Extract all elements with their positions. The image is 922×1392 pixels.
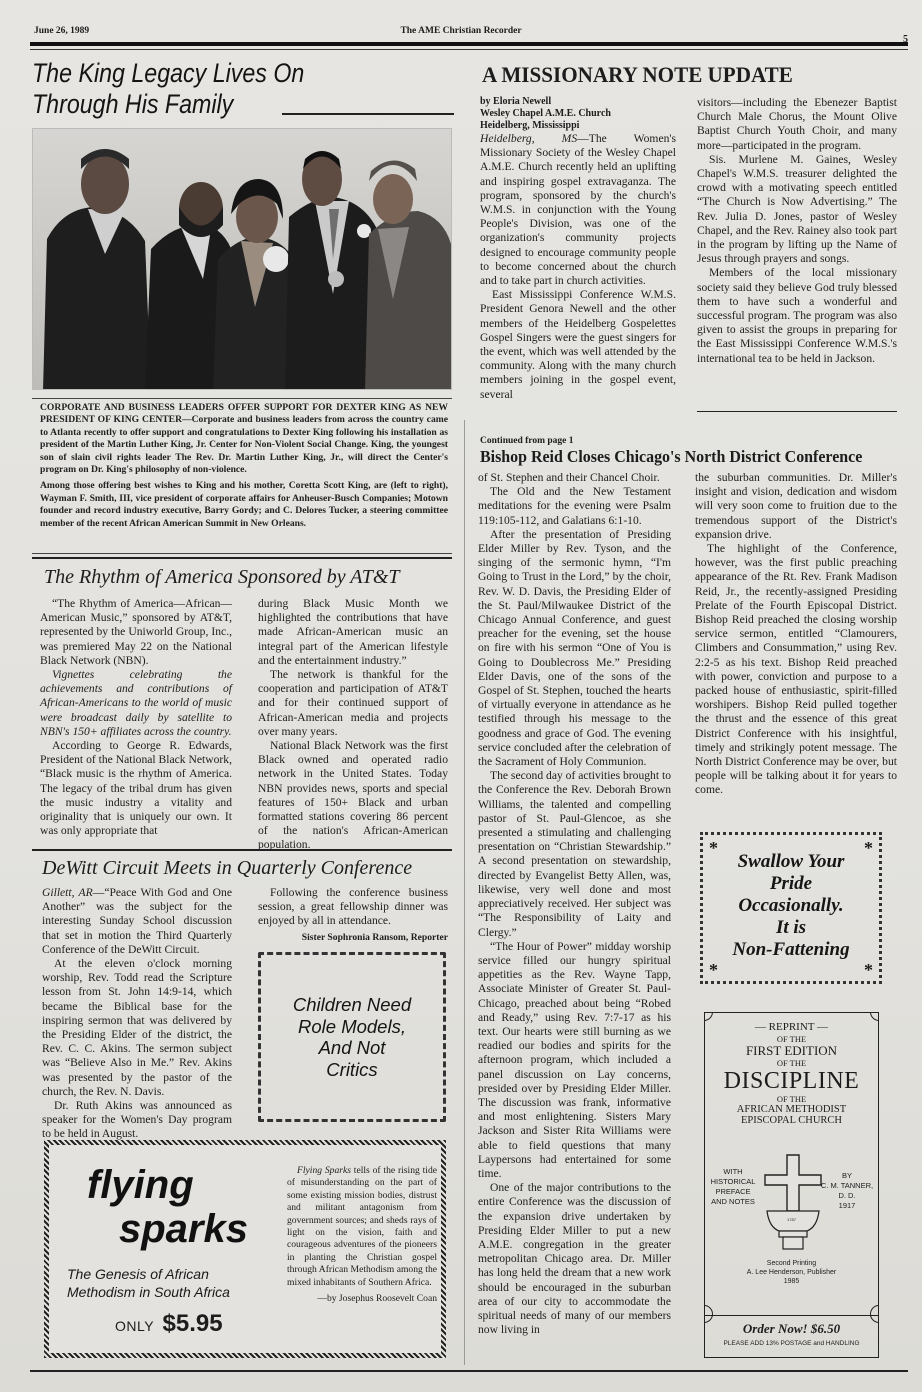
box-line: Occasionally.: [703, 895, 879, 917]
paragraph: the suburban communities. Dr. Miller's i…: [695, 471, 897, 542]
ad-title-line-1: flying: [87, 1163, 194, 1207]
dewitt-article-headline: DeWitt Circuit Meets in Quarterly Confer…: [42, 856, 462, 880]
continued-label: Continued from page 1: [480, 436, 574, 446]
discipline-reprint-ad: — REPRINT — OF THE FIRST EDITION OF THE …: [704, 1012, 879, 1358]
paragraph: Vignettes celebrating the achievements a…: [40, 668, 232, 739]
photo-caption: CORPORATE AND BUSINESS LEADERS OFFER SUP…: [40, 402, 448, 530]
paragraph: At the eleven o'clock morning worship, R…: [42, 957, 232, 1099]
swallow-pride-box: * * Swallow Your Pride Occasionally. It …: [700, 832, 882, 984]
king-family-photo: [32, 128, 452, 390]
page-bottom-rule: [30, 1370, 908, 1372]
box-line: It is: [703, 917, 879, 939]
article-end-rule: [697, 411, 897, 412]
reid-article-headline: Bishop Reid Closes Chicago's North Distr…: [480, 447, 879, 467]
group-photo-illustration: [33, 129, 452, 390]
only-label: ONLY: [115, 1318, 154, 1334]
corner-ornament: [704, 1012, 713, 1021]
paragraph: Dr. Ruth Akins was announced as speaker …: [42, 1099, 232, 1142]
reid-article-column-2: the suburban communities. Dr. Miller's i…: [695, 471, 897, 798]
cross-on-pedestal-icon: [757, 1153, 829, 1253]
ad-price: ONLY $5.95: [115, 1310, 223, 1338]
rhythm-article-column-1: “The Rhythm of America—African—American …: [40, 597, 232, 838]
description-text: tells of the rising tide of misunderstan…: [287, 1165, 437, 1288]
printing-year: 1985: [705, 1277, 878, 1286]
headline-underline: [282, 113, 454, 115]
asterisk-icon: *: [709, 961, 718, 979]
printing-label: Second Printing: [705, 1259, 878, 1268]
children-box-text: Children Need Role Models, And Not Criti…: [293, 994, 411, 1080]
paragraph: during Black Music Month we highlighted …: [258, 597, 448, 668]
paragraph: of St. Stephen and their Chancel Choir.: [478, 471, 671, 485]
paragraph: One of the major contributions to the en…: [478, 1181, 671, 1337]
missionary-article-headline: A MISSIONARY NOTE UPDATE: [482, 62, 885, 88]
ad-left-text: WITH HISTORICAL PREFACE AND NOTES: [707, 1167, 759, 1207]
king-article-headline: The King Legacy Lives On Through His Fam…: [32, 58, 393, 120]
caption-rule: [32, 553, 452, 554]
of-the-label: OF THE: [705, 1058, 878, 1068]
ad-description: Flying Sparks tells of the rising tide o…: [287, 1165, 437, 1305]
newspaper-page: June 26, 1989 The AME Christian Recorder…: [0, 0, 922, 1392]
left-text-line: PREFACE: [707, 1187, 759, 1197]
flying-sparks-ad: flying sparks The Genesis of African Met…: [44, 1140, 446, 1358]
box-line: Role Models,: [293, 1016, 411, 1038]
price: $5.95: [163, 1310, 223, 1337]
reprint-label: — REPRINT —: [705, 1021, 878, 1034]
paragraph: East Mississippi Conference W.M.S. Presi…: [480, 288, 676, 402]
children-role-models-box: Children Need Role Models, And Not Criti…: [258, 952, 446, 1122]
of-the-label: OF THE: [705, 1094, 878, 1104]
caption-paragraph: Among those offering best wishes to King…: [40, 480, 448, 530]
corner-ornament: [870, 1012, 879, 1021]
left-text-line: WITH: [707, 1167, 759, 1177]
author-byline: —by Josephus Roosevelt Coan: [287, 1293, 437, 1305]
paragraph-text: —The Women's Missionary Society of the W…: [480, 132, 676, 287]
rhythm-article-column-2: during Black Music Month we highlighted …: [258, 597, 448, 853]
left-text-line: AND NOTES: [707, 1197, 759, 1207]
paragraph: Gillett, AR—“Peace With God and One Anot…: [42, 886, 232, 957]
byline-author: by Eloria Newell: [480, 96, 680, 108]
order-now-text: Order Now! $6.50: [705, 1321, 878, 1337]
book-title: Flying Sparks: [297, 1165, 351, 1176]
order-divider: [705, 1315, 878, 1316]
paragraph: The second day of activities brought to …: [478, 769, 671, 939]
paragraph: The network is thankful for the cooperat…: [258, 668, 448, 739]
postage-note: PLEASE ADD 13% POSTAGE and HANDLING: [705, 1340, 878, 1347]
description-paragraph: Flying Sparks tells of the rising tide o…: [287, 1165, 437, 1289]
paragraph: According to George R. Edwards, Presiden…: [40, 739, 232, 838]
dewitt-article-column-2: Following the conference business sessio…: [258, 886, 448, 945]
box-line: Children Need: [293, 994, 411, 1016]
ad-title-line-2: sparks: [119, 1207, 248, 1251]
pedestal-year: 1787: [705, 1217, 878, 1222]
first-edition-label: FIRST EDITION: [705, 1044, 878, 1058]
box-line: And Not: [293, 1037, 411, 1059]
paragraph: Following the conference business sessio…: [258, 886, 448, 929]
section-rule: [32, 849, 452, 851]
missionary-article-column-1: Heidelberg, MS—The Women's Missionary So…: [480, 132, 676, 402]
asterisk-icon: *: [864, 961, 873, 979]
rhythm-article-headline: The Rhythm of America Sponsored by AT&T: [44, 565, 464, 589]
caption-paragraph: CORPORATE AND BUSINESS LEADERS OFFER SUP…: [40, 402, 448, 476]
missionary-byline: by Eloria Newell Wesley Chapel A.M.E. Ch…: [480, 96, 680, 132]
byline-location: Heidelberg, Mississippi: [480, 120, 680, 132]
paragraph: Members of the local missionary society …: [697, 266, 897, 365]
paragraph: “The Rhythm of America—African—American …: [40, 597, 232, 668]
reid-article-column-1: of St. Stephen and their Chancel Choir. …: [478, 471, 671, 1337]
discipline-title: DISCIPLINE: [705, 1068, 878, 1094]
caption-rule: [32, 398, 452, 399]
subtitle-line: The Genesis of African: [67, 1265, 230, 1283]
paragraph: visitors—including the Ebenezer Baptist …: [697, 96, 897, 153]
paragraph: Heidelberg, MS—The Women's Missionary So…: [480, 132, 676, 288]
paragraph: The Old and the New Testament meditation…: [478, 485, 671, 528]
reporter-credit: Sister Sophronia Ransom, Reporter: [258, 931, 448, 945]
swallow-box-text: Swallow Your Pride Occasionally. It is N…: [703, 851, 879, 961]
headline-line-1: The King Legacy Lives On: [32, 58, 393, 89]
left-text-line: HISTORICAL: [707, 1177, 759, 1187]
section-rule: [32, 557, 452, 559]
missionary-article-column-2: visitors—including the Ebenezer Baptist …: [697, 96, 897, 366]
headline-line-2: Through His Family: [32, 89, 393, 120]
publisher-label: A. Lee Henderson, Publisher: [705, 1268, 878, 1277]
paragraph: “The Hour of Power” midday worship servi…: [478, 940, 671, 1181]
paragraph: After the presentation of Presiding Elde…: [478, 528, 671, 769]
column-divider: [464, 420, 465, 1365]
publication-name: The AME Christian Recorder: [0, 26, 922, 36]
paragraph: The highlight of the Conference, however…: [695, 542, 897, 798]
paragraph: Sis. Murlene M. Gaines, Wesley Chapel's …: [697, 153, 897, 267]
church-name-line: EPISCOPAL CHURCH: [705, 1115, 878, 1127]
masthead-rule: [30, 42, 908, 46]
box-line: Non-Fattening: [703, 939, 879, 961]
subtitle-line: Methodism in South Africa: [67, 1283, 230, 1301]
printing-info: Second Printing A. Lee Henderson, Publis…: [705, 1259, 878, 1286]
ad-subtitle: The Genesis of African Methodism in Sout…: [67, 1265, 230, 1301]
dateline: Gillett, AR: [42, 886, 93, 899]
box-line: Pride: [703, 873, 879, 895]
box-line: Swallow Your: [703, 851, 879, 873]
paragraph: National Black Network was the first Bla…: [258, 739, 448, 853]
byline-church: Wesley Chapel A.M.E. Church: [480, 108, 680, 120]
dewitt-article-column-1: Gillett, AR—“Peace With God and One Anot…: [42, 886, 232, 1142]
dateline: Heidelberg, MS: [480, 132, 577, 145]
church-name-line: AFRICAN METHODIST: [705, 1104, 878, 1116]
of-the-label: OF THE: [705, 1034, 878, 1044]
masthead-rule-thin: [30, 49, 908, 50]
box-line: Critics: [293, 1059, 411, 1081]
